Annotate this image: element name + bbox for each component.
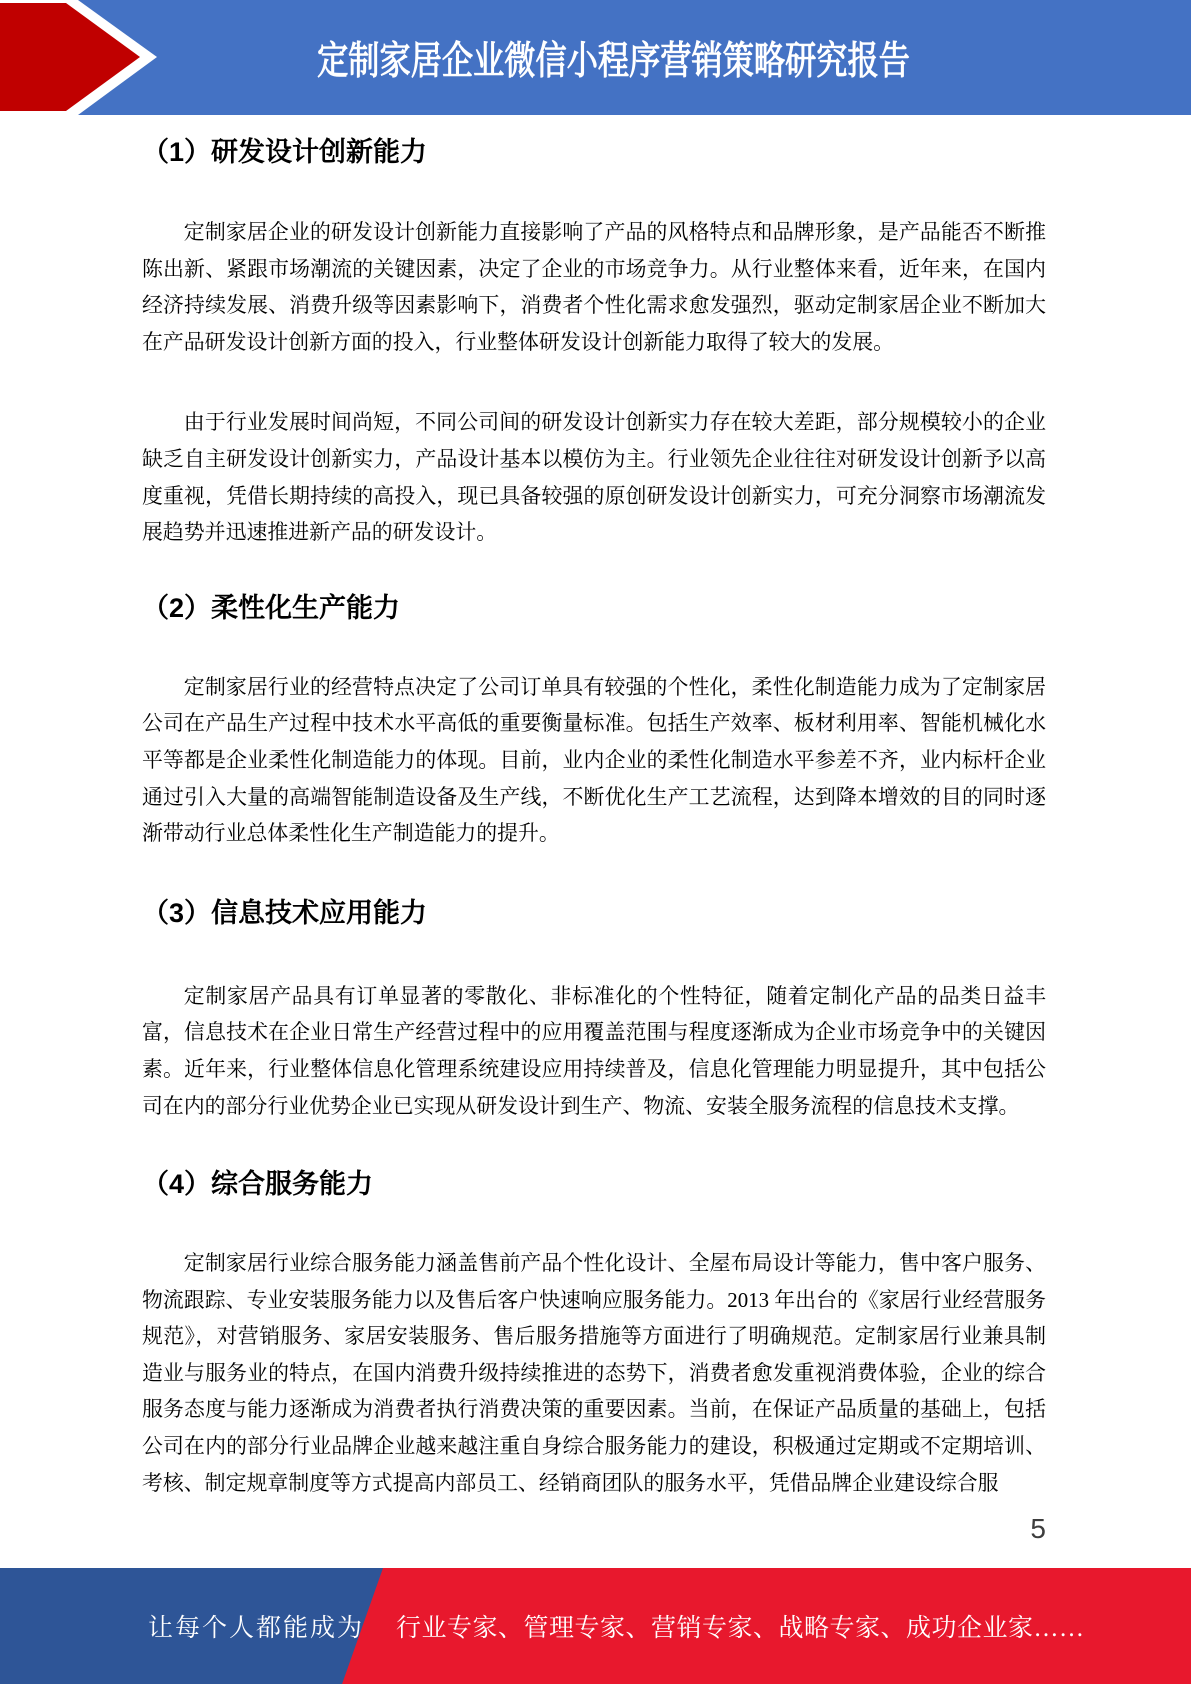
paragraph: 由于行业发展时间尚短，不同公司间的研发设计创新实力存在较大差距，部分规模较小的企…: [142, 404, 1046, 550]
page-content: （1）研发设计创新能力 定制家居企业的研发设计创新能力直接影响了产品的风格特点和…: [142, 115, 1046, 1549]
footer: 让每个人都能成为 行业专家、管理专家、营销专家、战略专家、成功企业家……: [0, 1568, 1191, 1684]
page-number: 5: [142, 1509, 1046, 1549]
section-heading-4: （4）综合服务能力: [142, 1167, 1046, 1201]
paragraph: 定制家居产品具有订单显著的零散化、非标准化的个性特征，随着定制化产品的品类日益丰…: [142, 978, 1046, 1124]
report-title: 定制家居企业微信小程序营销策略研究报告: [317, 30, 910, 86]
paragraph: 定制家居行业综合服务能力涵盖售前产品个性化设计、全屋布局设计等能力，售中客户服务…: [142, 1245, 1046, 1501]
paragraph: 定制家居行业的经营特点决定了公司订单具有较强的个性化，柔性化制造能力成为了定制家…: [142, 669, 1046, 852]
section-heading-2: （2）柔性化生产能力: [142, 591, 1046, 625]
section-heading-3: （3）信息技术应用能力: [142, 896, 1046, 930]
paragraph: 定制家居企业的研发设计创新能力直接影响了产品的风格特点和品牌形象，是产品能否不断…: [142, 214, 1046, 360]
footer-slogan-left: 让每个人都能成为: [148, 1568, 364, 1684]
header-arrow-icon: [0, 0, 170, 115]
footer-slogan-right: 行业专家、管理专家、营销专家、战略专家、成功企业家……: [396, 1568, 1085, 1684]
section-heading-1: （1）研发设计创新能力: [142, 135, 1046, 169]
report-header-banner: 定制家居企业微信小程序营销策略研究报告: [0, 0, 1191, 115]
